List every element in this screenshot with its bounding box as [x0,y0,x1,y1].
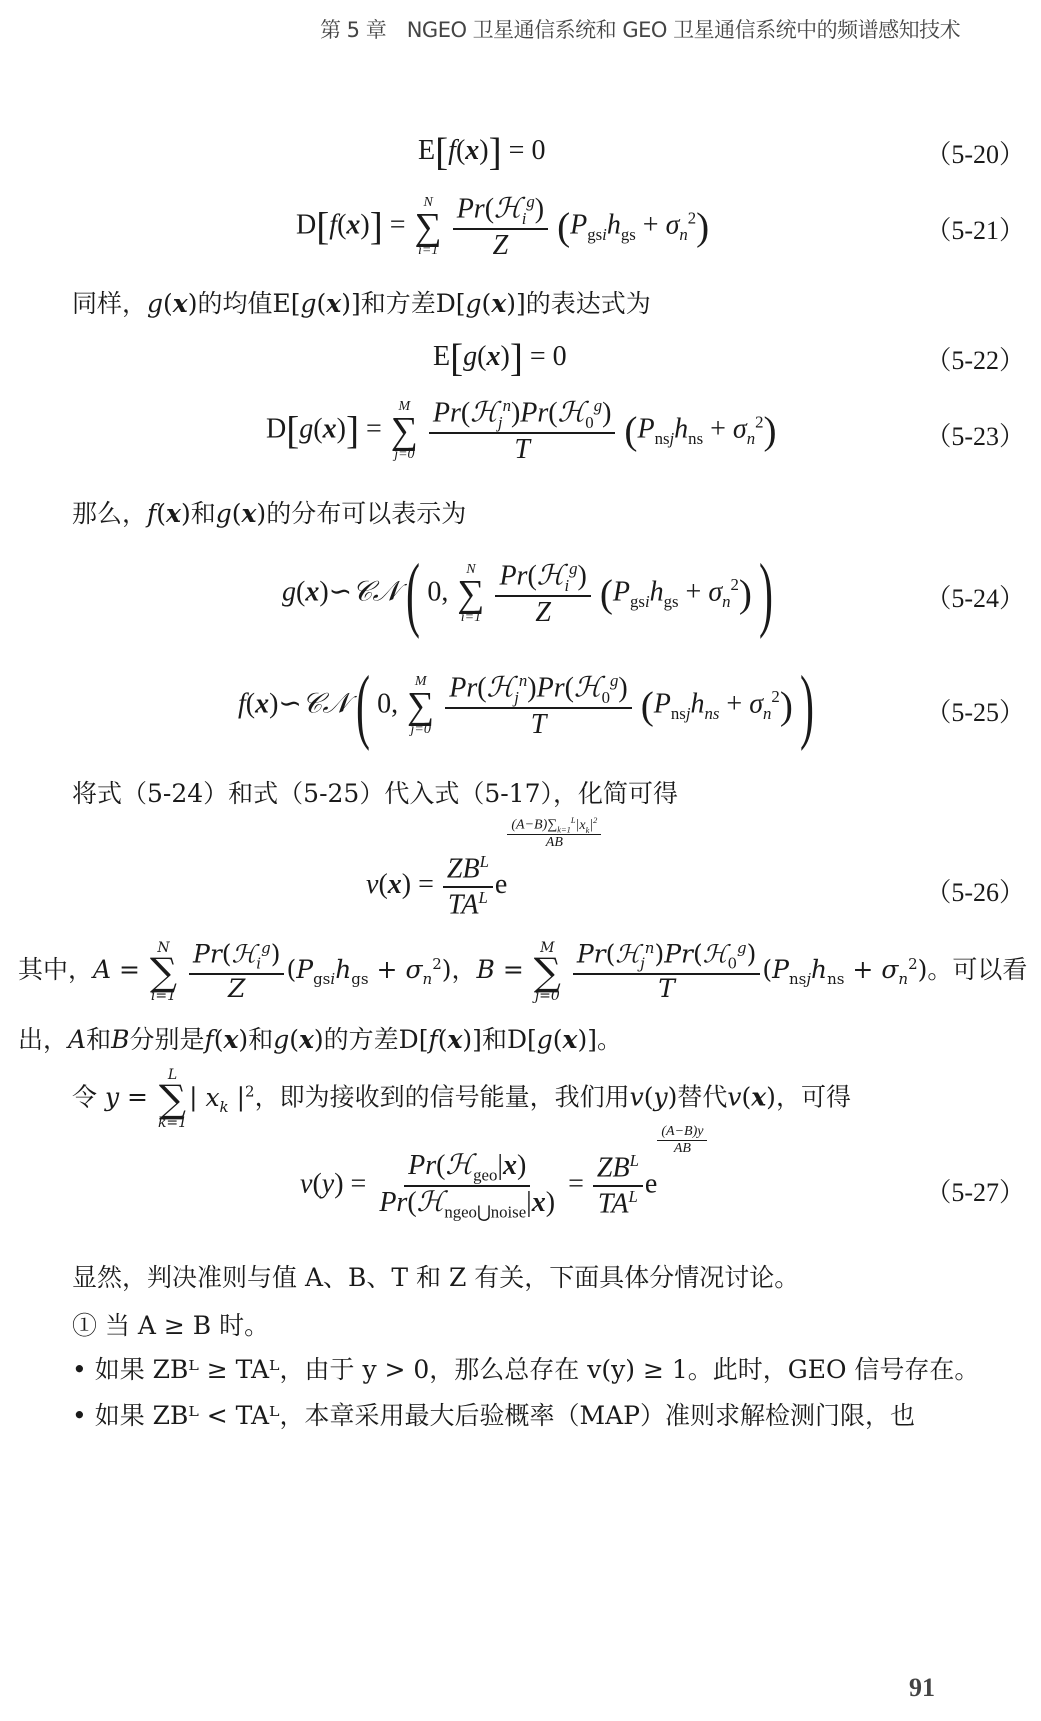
page-number: 91 [909,1673,935,1703]
equation-number: （5-26） [925,872,1025,909]
equation-number: （5-27） [925,1172,1025,1209]
equation-number: （5-20） [925,134,1025,171]
paragraph: 那么，f(x)和g(x)的分布可以表示为 [72,494,466,530]
bullet-item: • 如果 ZBᴸ < TAᴸ，本章采用最大后验概率（MAP）准则求解检测门限，也 [72,1396,915,1432]
bullet-icon: • [72,1355,95,1384]
equation-number: （5-25） [925,692,1025,729]
case-heading: ① 当 A ≥ B 时。 [72,1306,269,1342]
equation-5-24: g(x)∽𝒞𝒩(0, N∑i=1 Pr(ℋig)Z (Pgsihgs + σn2… [282,552,780,636]
equation-number: （5-23） [925,416,1025,453]
paragraph: 出，A和B分别是f(x)和g(x)的方差D[f(x)]和D[g(x)]。 [18,1020,622,1056]
equation-5-20: E[f(x)] = 0 [418,130,545,175]
equation-5-21: D[f(x)] = N∑i=1 Pr(ℋig)Z (Pgsihgs + σn2) [296,192,709,262]
equation-5-23: D[g(x)] = M∑j=0 Pr(ℋjn)Pr(ℋ0g)T (Pnsjhns… [266,396,777,466]
paragraph: 同样，g(x)的均值E[g(x)]和方差D[g(x)]的表达式为 [72,284,651,320]
bullet-item: • 如果 ZBᴸ ≥ TAᴸ，由于 y > 0，那么总存在 v(y) ≥ 1。此… [72,1350,979,1386]
equation-number: （5-24） [925,578,1025,615]
paragraph: 显然，判决准则与值 A、B、T 和 Z 有关，下面具体分情况讨论。 [72,1258,799,1294]
equation-number: （5-21） [925,210,1025,247]
equation-5-22: E[g(x)] = 0 [433,336,567,381]
equation-5-25: f(x)∽𝒞𝒩(0, M∑j=0 Pr(ℋjn)Pr(ℋ0g)T (Pnsjhn… [238,664,821,748]
paragraph: 将式（5-24）和式（5-25）代入式（5-17），化简可得 [72,774,678,810]
running-header: 第 5 章 NGEO 卫星通信系统和 GEO 卫星通信系统中的频谱感知技术 [320,14,1020,44]
paragraph: 其中，A = N∑i=1 Pr(ℋig)Z(Pgsihgs + σn2)，B =… [18,940,1027,1003]
paragraph: 令 y = L∑k=1| xk |2，即为接收到的信号能量，我们用v(y)替代v… [72,1068,851,1130]
equation-5-27: v(y) = Pr(ℋgeo|x)Pr(ℋngeo⋃noise|x) = ZBL… [300,1150,707,1222]
bullet-icon: • [72,1401,95,1430]
equation-number: （5-22） [925,340,1025,377]
equation-5-26: v(x) = ZBLTALe(A−B)∑k=1L|xk|2AB [366,852,601,921]
